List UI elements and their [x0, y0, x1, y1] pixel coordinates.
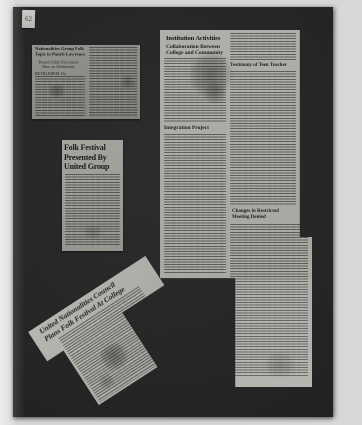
- scrapbook-page: 62 Nationalities Group Folk Topic in Pan…: [13, 7, 333, 417]
- clipping4-section-changes: Changes in Restricted Meeting Denied: [232, 209, 279, 220]
- clipping1-subhead-line2: Here on Wednesday: [36, 65, 81, 70]
- clipping2-headline-line1: Folk Festival: [64, 143, 109, 153]
- clipping2-stain: [80, 222, 106, 242]
- page-number-label: 62: [22, 10, 35, 28]
- clipping4-stain-3: [260, 348, 300, 382]
- clipping1-headline-line2: Topic in Panels Lawrence: [35, 53, 85, 59]
- clipping4-stain-2: [200, 78, 230, 108]
- clipping4-section-changes-line2: Meeting Denied: [232, 215, 279, 221]
- clipping4-left-column-text-2: [164, 134, 226, 274]
- clipping1-stain: [46, 81, 68, 101]
- scrapbook-photo: 62 Nationalities Group Folk Topic in Pan…: [0, 0, 362, 425]
- clipping2-headline: Folk Festival Presented By United Group: [64, 143, 109, 172]
- clipping4-right-column-text-2: [230, 71, 296, 205]
- clipping1-subhead: Round-Table Discussion Here on Wednesday: [36, 60, 81, 69]
- clipping1-stain-2: [118, 73, 138, 91]
- clipping-institution-activities: Institution Activities Collaboration Bet…: [160, 30, 312, 387]
- clipping4-section-integration: Integration Project: [164, 125, 209, 131]
- clipping-united-nationalities-council: United Nationalities Council Plans Folk …: [28, 256, 200, 416]
- clipping4-right-column-text-1: [230, 33, 296, 61]
- clipping4-title: Institution Activities: [166, 35, 220, 42]
- clipping-nationalities-folk-topic: Nationalities Group Folk Topic in Panels…: [32, 45, 140, 119]
- clipping1-headline: Nationalities Group Folk Topic in Panels…: [35, 47, 85, 58]
- clipping2-headline-line3: United Group: [64, 162, 109, 172]
- clipping4-section-changes-line1: Changes in Restricted: [232, 209, 279, 215]
- clipping-folk-festival: Folk Festival Presented By United Group: [62, 140, 123, 251]
- clipping2-headline-line2: Presented By: [64, 153, 109, 163]
